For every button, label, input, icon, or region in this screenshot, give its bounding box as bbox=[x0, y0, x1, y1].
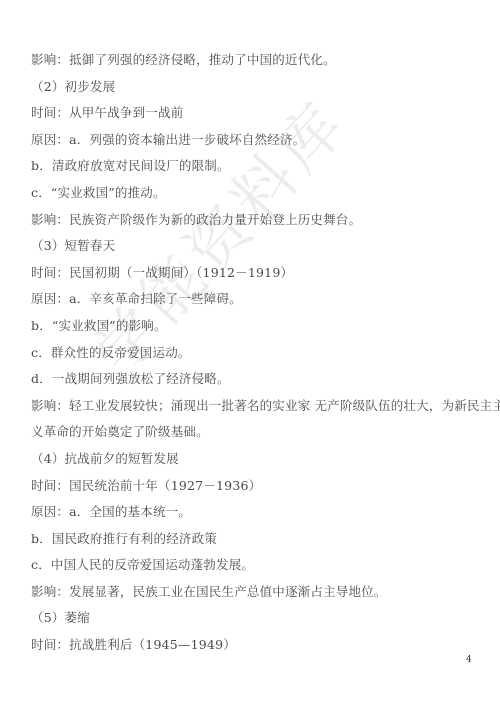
document-page: 学能资料库 影响：抵御了列强的经济侵略，推动了中国的近代化。 （2）初步发展 时… bbox=[0, 0, 500, 707]
cause-line: 原因：a．全国的基本统一。 bbox=[31, 499, 481, 526]
impact-line-continued: 义革命的开始奠定了阶级基础。 bbox=[31, 419, 481, 446]
impact-line: 影响：抵御了列强的经济侵略，推动了中国的近代化。 bbox=[31, 47, 481, 74]
cause-line: 原因：a．列强的资本输出进一步破坏自然经济。 bbox=[31, 127, 481, 154]
time-line: 时间：从甲午战争到一战前 bbox=[31, 100, 481, 127]
cause-line: c．中国人民的反帝爱国运动蓬勃发展。 bbox=[31, 552, 481, 579]
page-number: 4 bbox=[466, 655, 472, 665]
cause-line: 原因：a．辛亥革命扫除了一些障碍。 bbox=[31, 286, 481, 313]
section-heading-4: （4）抗战前夕的短暂发展 bbox=[31, 446, 481, 473]
time-line: 时间：国民统治前十年（1927－1936） bbox=[31, 473, 481, 500]
section-heading-2: （2）初步发展 bbox=[31, 74, 481, 101]
cause-line: c．“实业救国”的推动。 bbox=[31, 180, 481, 207]
cause-line: b．“实业救国”的影响。 bbox=[31, 313, 481, 340]
section-heading-3: （3）短暂春天 bbox=[31, 233, 481, 260]
impact-line: 影响：民族资产阶级作为新的政治力量开始登上历史舞台。 bbox=[31, 207, 481, 234]
cause-line: c．群众性的反帝爱国运动。 bbox=[31, 340, 481, 367]
section-heading-5: （5）萎缩 bbox=[31, 605, 481, 632]
impact-line: 影响：发展显著，民族工业在国民生产总值中逐渐占主导地位。 bbox=[31, 579, 481, 606]
time-line: 时间：民国初期（一战期间）（1912－1919） bbox=[31, 260, 481, 287]
cause-line: b．清政府放宽对民间设厂的限制。 bbox=[31, 153, 481, 180]
cause-line: b．国民政府推行有利的经济政策 bbox=[31, 526, 481, 553]
time-line: 时间：抗战胜利后（1945—1949） bbox=[31, 632, 481, 659]
impact-line: 影响：轻工业发展较快；涌现出一批著名的实业家 无产阶级队伍的壮大，为新民主主 bbox=[31, 393, 481, 420]
document-body: 影响：抵御了列强的经济侵略，推动了中国的近代化。 （2）初步发展 时间：从甲午战… bbox=[31, 47, 481, 659]
cause-line: d．一战期间列强放松了经济侵略。 bbox=[31, 366, 481, 393]
